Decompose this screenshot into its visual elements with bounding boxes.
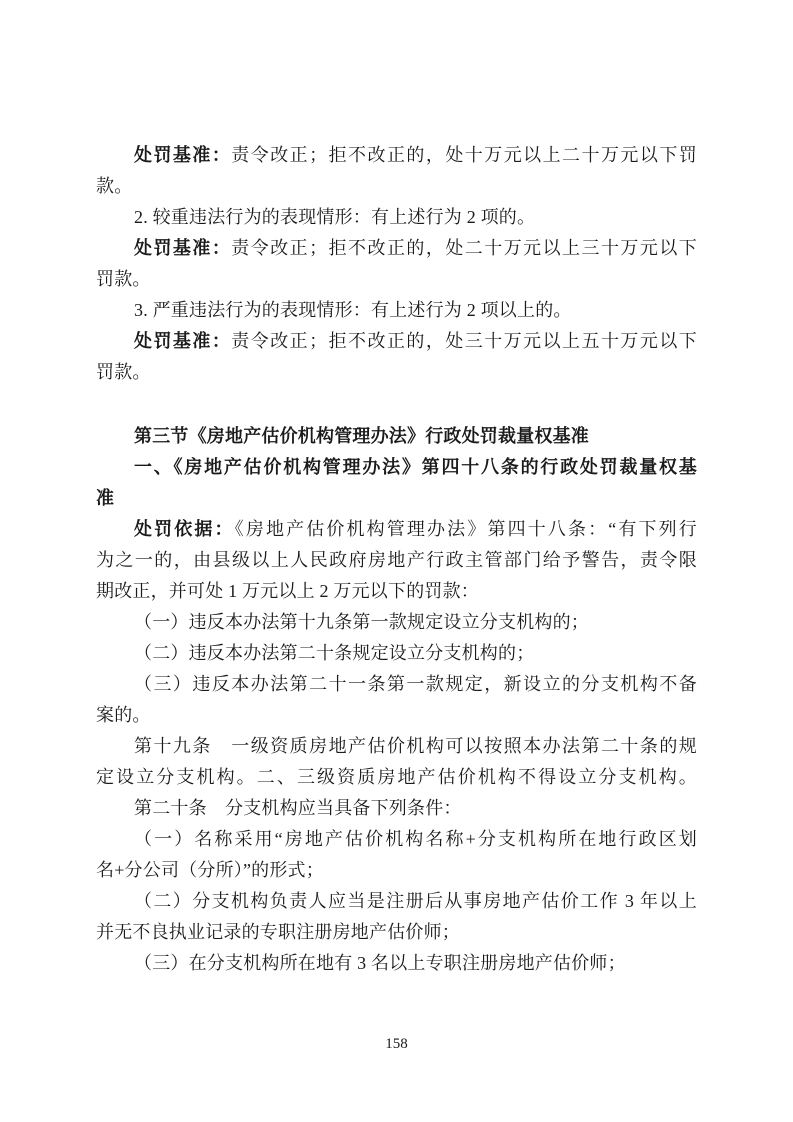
text-line: 第二十条 分支机构应当具备下列条件： [96,793,697,824]
text-line: （三）违反本办法第二十一条第一款规定，新设立的分支机构不备 [96,669,697,700]
text-line: 定设立分支机构。二、三级资质房地产估价机构不得设立分支机构。 [96,762,697,793]
text-run: 责令改正；拒不改正的，处十万元以上二十万元以下罚 [231,145,697,165]
page-number: 158 [0,1036,793,1053]
text-line: （一）违反本办法第十九条第一款规定设立分支机构的； [96,607,697,638]
heading-line: 一、《房地产估价机构管理办法》第四十八条的行政处罚裁量权基 [96,452,697,483]
text-run: （一）违反本办法第十九条第一款规定设立分支机构的； [134,612,589,632]
text-run: 并无不良执业记录的专职注册房地产估价师； [96,922,460,942]
text-line: 处罚基准：责令改正；拒不改正的，处三十万元以上五十万元以下 [96,326,697,357]
bold-label: 处罚依据： [134,519,235,539]
text-run: 为之一的，由县级以上人民政府房地产行政主管部门给予警告，责令限 [96,550,697,570]
text-line: 罚款。 [96,264,697,295]
text-line: 期改正，并可处 1 万元以上 2 万元以下的罚款： [96,576,697,607]
text-line: 处罚依据：《房地产估价机构管理办法》第四十八条：“有下列行 [96,514,697,545]
text-run: 3. 严重违法行为的表现情形：有上述行为 2 项以上的。 [134,300,572,320]
text-line: 并无不良执业记录的专职注册房地产估价师； [96,917,697,948]
text-run: 期改正，并可处 1 万元以上 2 万元以下的罚款： [96,581,479,601]
heading-line: 准 [96,483,697,514]
blank-line [96,388,697,421]
text-line: 第十九条 一级资质房地产估价机构可以按照本办法第二十条的规 [96,731,697,762]
text-run: 第二十条 分支机构应当具备下列条件： [134,798,462,818]
text-run: （一）名称采用“房地产估价机构名称+分支机构所在地行政区划 [134,829,697,849]
document-page: 处罚基准：责令改正；拒不改正的，处十万元以上二十万元以下罚款。2. 较重违法行为… [0,0,793,1122]
text-run: 第十九条 一级资质房地产估价机构可以按照本办法第二十条的规 [134,736,697,756]
text-run: （二）违反本办法第二十条规定设立分支机构的； [134,643,534,663]
text-run: 《房地产估价机构管理办法》第四十八条：“有下列行 [235,519,697,539]
bold-label: 处罚基准： [134,145,231,165]
text-line: （二）分支机构负责人应当是注册后从事房地产估价工作 3 年以上 [96,886,697,917]
text-line: 名+分公司（分所）”的形式； [96,855,697,886]
text-line: 处罚基准：责令改正；拒不改正的，处十万元以上二十万元以下罚 [96,140,697,171]
bold-label: 第三节《房地产估价机构管理办法》行政处罚裁量权基准 [134,426,589,446]
text-run: （三）在分支机构所在地有 3 名以上专职注册房地产估价师； [134,953,626,973]
text-run: 名+分公司（分所）”的形式； [96,860,324,880]
text-line: 案的。 [96,700,697,731]
bold-label: 处罚基准： [134,331,231,351]
text-line: 3. 严重违法行为的表现情形：有上述行为 2 项以上的。 [96,295,697,326]
text-run: 款。 [96,176,132,196]
text-run: 2. 较重违法行为的表现情形：有上述行为 2 项的。 [134,207,535,227]
bold-label: 处罚基准： [134,238,231,258]
text-line: 罚款。 [96,357,697,388]
bold-label: 准 [96,488,114,508]
text-run: 责令改正；拒不改正的，处三十万元以上五十万元以下 [231,331,697,351]
document-body: 处罚基准：责令改正；拒不改正的，处十万元以上二十万元以下罚款。2. 较重违法行为… [96,140,697,979]
text-run: 罚款。 [96,269,151,289]
text-line: 款。 [96,171,697,202]
text-run: 罚款。 [96,362,151,382]
text-line: 为之一的，由县级以上人民政府房地产行政主管部门给予警告，责令限 [96,545,697,576]
text-run: 定设立分支机构。二、三级资质房地产估价机构不得设立分支机构。 [96,767,697,787]
text-run: （三）违反本办法第二十一条第一款规定，新设立的分支机构不备 [134,674,697,694]
text-line: （三）在分支机构所在地有 3 名以上专职注册房地产估价师； [96,948,697,979]
text-line: （二）违反本办法第二十条规定设立分支机构的； [96,638,697,669]
text-run: 责令改正；拒不改正的，处二十万元以上三十万元以下 [231,238,697,258]
text-run: （二）分支机构负责人应当是注册后从事房地产估价工作 3 年以上 [134,891,697,911]
text-line: 处罚基准：责令改正；拒不改正的，处二十万元以上三十万元以下 [96,233,697,264]
heading-line: 第三节《房地产估价机构管理办法》行政处罚裁量权基准 [96,421,697,452]
bold-label: 一、《房地产估价机构管理办法》第四十八条的行政处罚裁量权基 [134,457,697,477]
text-line: （一）名称采用“房地产估价机构名称+分支机构所在地行政区划 [96,824,697,855]
text-run: 案的。 [96,705,151,725]
text-line: 2. 较重违法行为的表现情形：有上述行为 2 项的。 [96,202,697,233]
